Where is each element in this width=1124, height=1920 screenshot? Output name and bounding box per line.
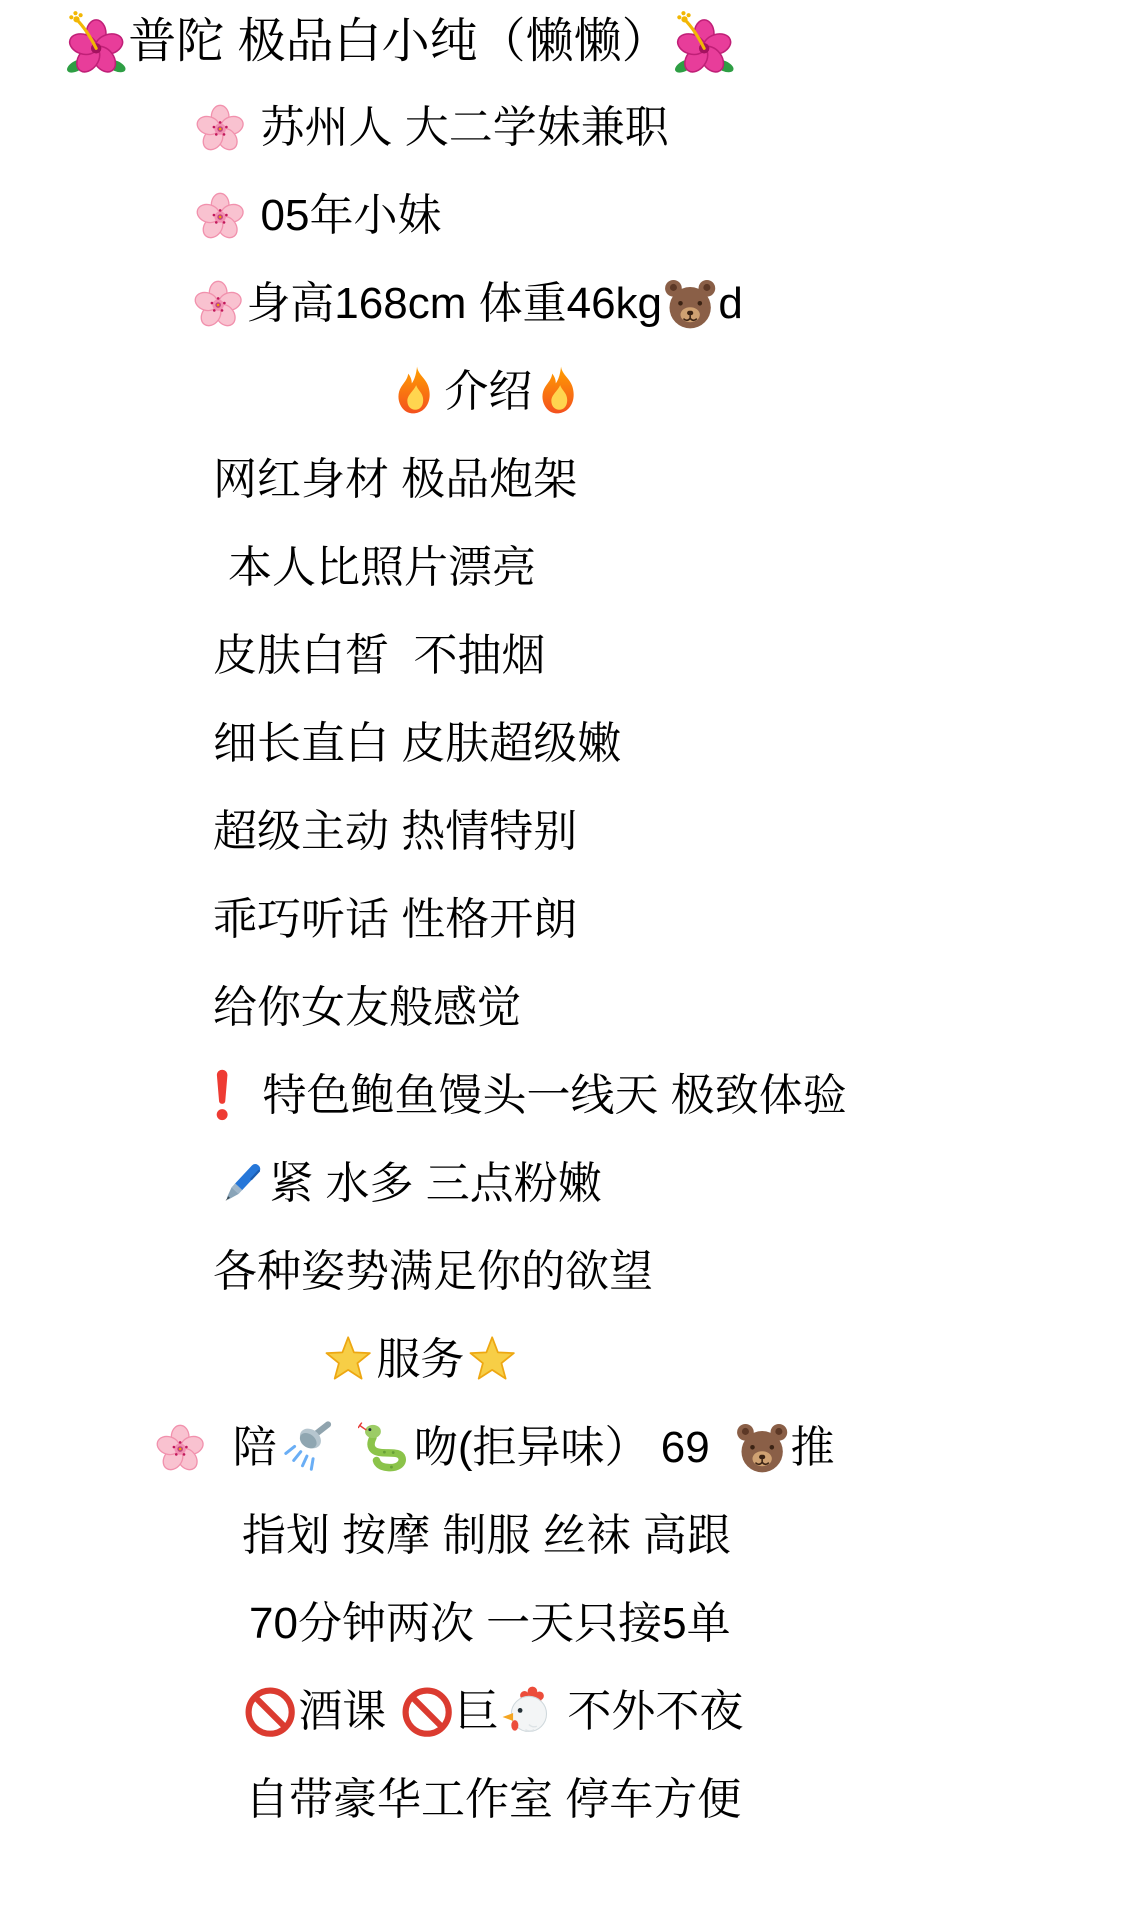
- line-positions: 各种姿势满足你的欲望: [0, 1228, 1124, 1316]
- no-entry-icon: [399, 1684, 455, 1740]
- line-girlfriend: 给你女友般感觉: [0, 964, 1124, 1052]
- line-services-2: 指划 按摩 制服 丝袜 高跟: [0, 1492, 1124, 1580]
- text-run: 介绍: [444, 370, 532, 414]
- no-entry-icon: [242, 1684, 298, 1740]
- line-figure: 网红身材 极品炮架: [0, 436, 1124, 524]
- text-run: 指划 按摩 制服 丝袜 高跟: [242, 1514, 731, 1558]
- hibiscus-icon: [62, 9, 128, 75]
- star-icon: [320, 1332, 376, 1388]
- text-run: 身高168cm 体重46kg: [246, 282, 662, 326]
- line-special: 特色鲍鱼馒头一线天 极致体验: [0, 1052, 1124, 1140]
- star-icon: [464, 1332, 520, 1388]
- text-run: 特色鲍鱼馒头一线天 极致体验: [250, 1074, 846, 1118]
- text-run: 70分钟两次 一天只接5单: [249, 1602, 731, 1646]
- text-run: 本人比照片漂亮: [228, 546, 536, 590]
- line-restrictions: 酒课 巨 不外不夜: [0, 1668, 1124, 1756]
- cherry-blossom-icon: [190, 276, 246, 332]
- line-photo: 本人比照片漂亮: [0, 524, 1124, 612]
- cherry-blossom-icon: [192, 188, 248, 244]
- line-schedule: 70分钟两次 一天只接5单: [0, 1580, 1124, 1668]
- text-run: 苏州人 大二学妹兼职: [248, 106, 668, 150]
- text-run: 05年小妹: [248, 194, 441, 238]
- text-run: 巨: [455, 1690, 499, 1734]
- bear-icon: [662, 276, 718, 332]
- text-run: 不外不夜: [555, 1690, 743, 1734]
- text-run: 陪: [208, 1426, 276, 1470]
- chicken-icon: [499, 1684, 555, 1740]
- text-run: 给你女友般感觉: [213, 986, 521, 1030]
- fire-icon: [532, 364, 588, 420]
- note-body: 普陀 极品白小纯（懒懒） 苏州人 大二学妹兼职 05年小妹身高168cm 体重4…: [0, 0, 1124, 1844]
- text-run: 推: [790, 1426, 834, 1470]
- line-origin: 苏州人 大二学妹兼职: [0, 84, 1124, 172]
- text-run: 超级主动 热情特别: [213, 810, 577, 854]
- snake-icon: [358, 1420, 414, 1476]
- text-run: [333, 1426, 357, 1470]
- text-run: 乖巧听话 性格开朗: [213, 898, 577, 942]
- line-studio: 自带豪华工作室 停车方便: [0, 1756, 1124, 1844]
- text-run: 普陀 极品白小纯（懒懒）: [128, 18, 669, 66]
- text-run: 服务: [376, 1338, 464, 1382]
- shower-icon: [277, 1420, 333, 1476]
- pen-icon: [213, 1156, 269, 1212]
- line-skin: 皮肤白皙 不抽烟: [0, 612, 1124, 700]
- text-run: 网红身材 极品炮架: [213, 458, 577, 502]
- hibiscus-icon: [670, 9, 736, 75]
- cherry-blossom-icon: [192, 100, 248, 156]
- line-body: 细长直白 皮肤超级嫩: [0, 700, 1124, 788]
- heading-intro: 介绍: [0, 348, 1124, 436]
- cherry-blossom-icon: [152, 1420, 208, 1476]
- heading-service: 服务: [0, 1316, 1124, 1404]
- text-run: 酒课: [298, 1690, 398, 1734]
- text-run: 自带豪华工作室 停车方便: [245, 1778, 741, 1822]
- line-tight: 紧 水多 三点粉嫩: [0, 1140, 1124, 1228]
- fire-icon: [388, 364, 444, 420]
- text-run: 皮肤白皙 不抽烟: [213, 634, 545, 678]
- line-obedient: 乖巧听话 性格开朗: [0, 876, 1124, 964]
- text-run: 细长直白 皮肤超级嫩: [213, 722, 621, 766]
- note-page: 普陀 极品白小纯（懒懒） 苏州人 大二学妹兼职 05年小妹身高168cm 体重4…: [0, 0, 1124, 1920]
- title-line: 普陀 极品白小纯（懒懒）: [0, 0, 1124, 84]
- text-run: 各种姿势满足你的欲望: [213, 1250, 653, 1294]
- line-age: 05年小妹: [0, 172, 1124, 260]
- text-run: 吻(拒异味） 69: [414, 1426, 734, 1470]
- line-stats: 身高168cm 体重46kgd: [0, 260, 1124, 348]
- bear-icon: [734, 1420, 790, 1476]
- exclamation-icon: [194, 1068, 250, 1124]
- text-run: 紧 水多 三点粉嫩: [269, 1162, 601, 1206]
- line-active: 超级主动 热情特别: [0, 788, 1124, 876]
- line-services: 陪 吻(拒异味） 69 推: [0, 1404, 1124, 1492]
- text-run: d: [718, 282, 742, 326]
